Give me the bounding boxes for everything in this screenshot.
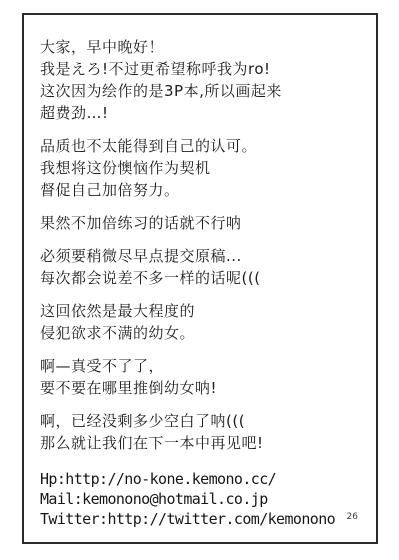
- closing-paragraph: 啊，已经没剩多少空白了呐((( 那么就让我们在下一本中再见吧!: [40, 410, 370, 454]
- greeting-paragraph: 大家，早中晚好！ 我是えろ!不过更希望称呼我为ro! 这次因为绘作的是3P本,所…: [40, 36, 370, 124]
- text-line: 品质也不太能得到自己的认可。: [40, 135, 370, 157]
- twitter-url: Twitter:http://twitter.com/kemonono: [40, 509, 370, 529]
- text-line: 超费劲…!: [40, 102, 370, 124]
- text-line: 督促自己加倍努力。: [40, 179, 370, 201]
- text-line: 每次都会说差不多一样的话呢(((: [40, 267, 370, 289]
- text-line: 我是えろ!不过更希望称呼我为ro!: [40, 58, 370, 80]
- text-line: 这回依然是最大程度的: [40, 300, 370, 322]
- homepage-url: Hp:http://no-kone.kemono.cc/: [40, 469, 370, 489]
- page-border-frame: 大家，早中晚好！ 我是えろ!不过更希望称呼我为ro! 这次因为绘作的是3P本,所…: [22, 13, 378, 544]
- mail-address: Mail:kemonono@hotmail.co.jp: [40, 489, 370, 509]
- quality-paragraph: 品质也不太能得到自己的认可。 我想将这份懊恼作为契机 督促自己加倍努力。: [40, 135, 370, 201]
- text-line: 啊—真受不了了，: [40, 355, 370, 377]
- text-line: 大家，早中晚好！: [40, 36, 370, 58]
- theme-paragraph: 这回依然是最大程度的 侵犯欲求不满的幼女。: [40, 300, 370, 344]
- text-line: 这次因为绘作的是3P本,所以画起来: [40, 80, 370, 102]
- exclaim-paragraph: 啊—真受不了了， 要不要在哪里推倒幼女呐!: [40, 355, 370, 399]
- text-line: 要不要在哪里推倒幼女呐!: [40, 377, 370, 399]
- text-line: 必须要稍微尽早点提交原稿...: [40, 245, 370, 267]
- contact-links: Hp:http://no-kone.kemono.cc/ Mail:kemono…: [40, 469, 370, 529]
- text-line: 果然不加倍练习的话就不行呐: [40, 212, 370, 234]
- text-line: 啊，已经没剩多少空白了呐(((: [40, 410, 370, 432]
- text-line: 我想将这份懊恼作为契机: [40, 157, 370, 179]
- practice-paragraph: 果然不加倍练习的话就不行呐: [40, 212, 370, 234]
- text-line: 那么就让我们在下一本中再见吧!: [40, 432, 370, 454]
- text-line: 侵犯欲求不满的幼女。: [40, 322, 370, 344]
- deadline-paragraph: 必须要稍微尽早点提交原稿... 每次都会说差不多一样的话呢(((: [40, 245, 370, 289]
- afterword-scan-page: 大家，早中晚好！ 我是えろ!不过更希望称呼我为ro! 这次因为绘作的是3P本,所…: [0, 0, 399, 560]
- afterword-text: 大家，早中晚好！ 我是えろ!不过更希望称呼我为ro! 这次因为绘作的是3P本,所…: [40, 36, 370, 529]
- page-number: 26: [347, 512, 358, 522]
